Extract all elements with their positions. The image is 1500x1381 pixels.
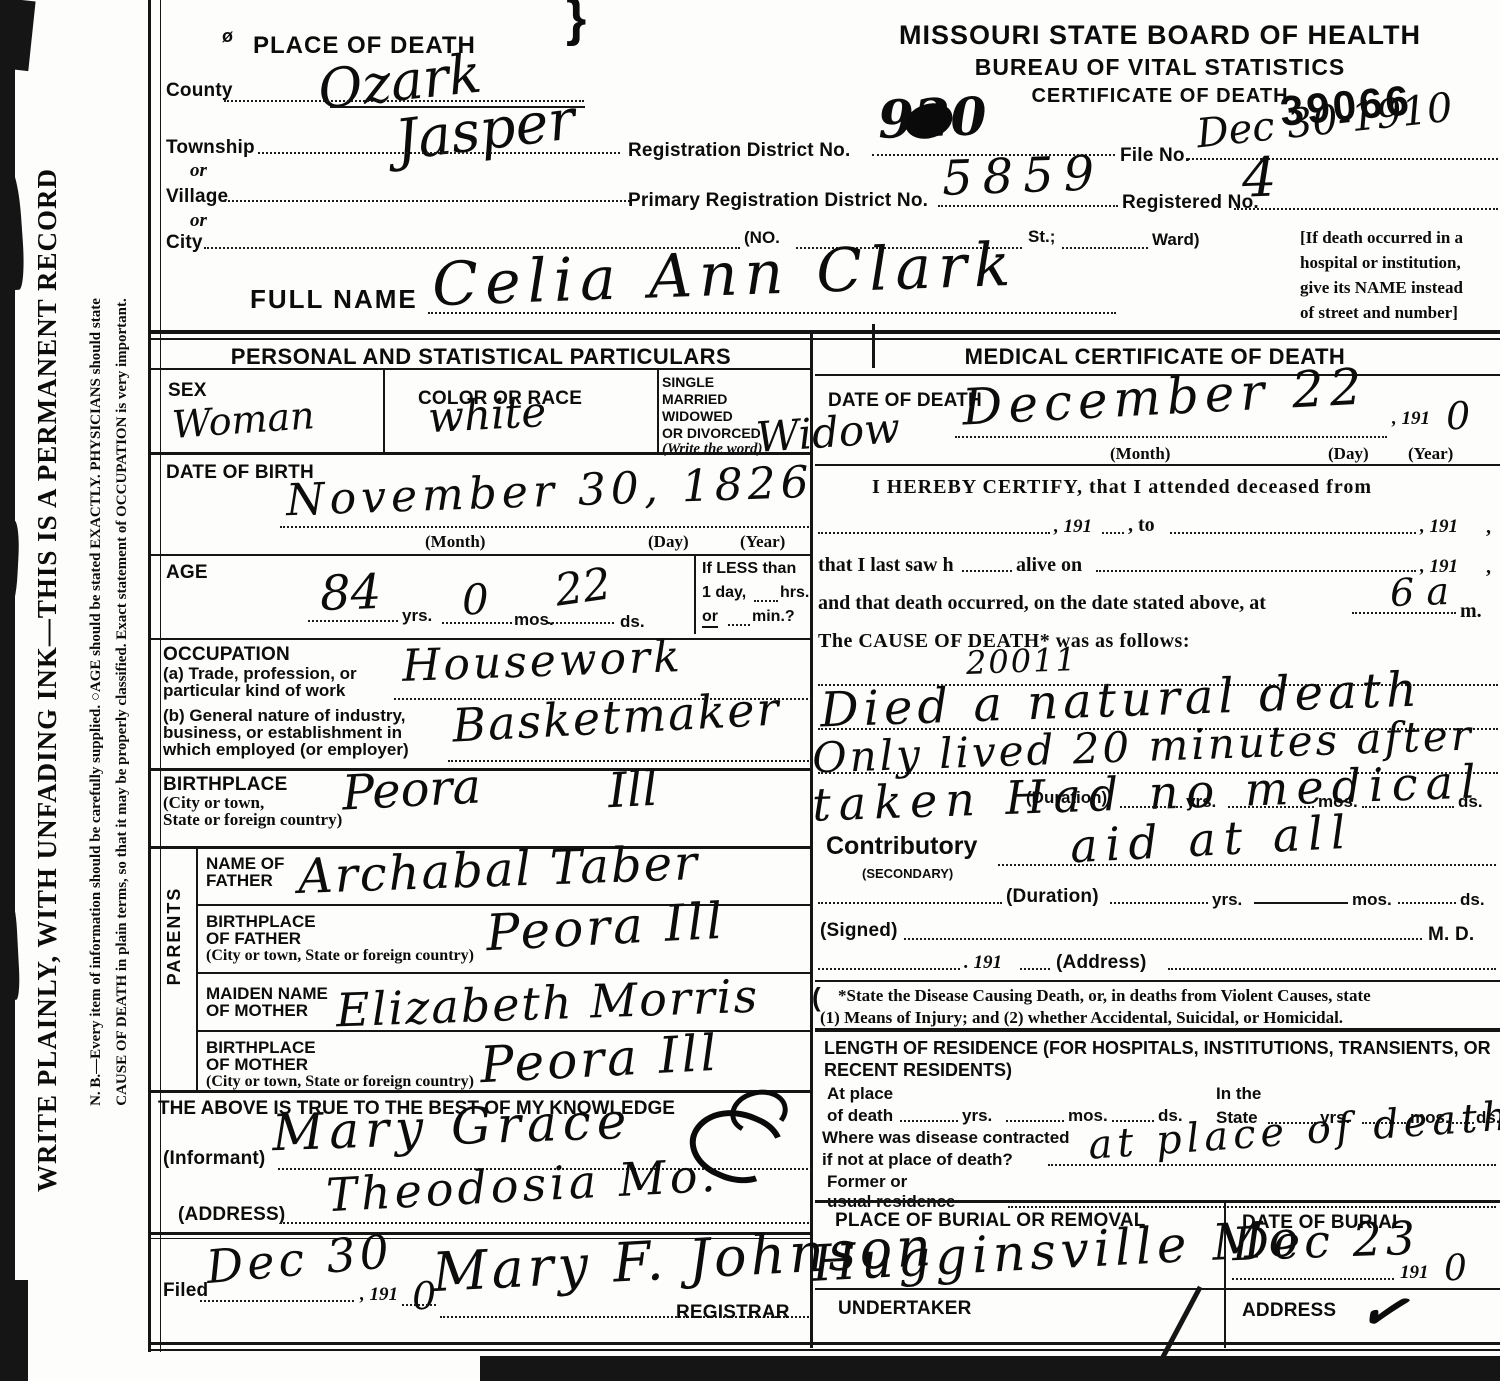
parents-vertical-label: PARENTS <box>164 850 185 1022</box>
age-years-line <box>308 620 398 622</box>
certify-saw-label: that I last saw h <box>818 554 954 577</box>
sidebar-nb-note-line1: N. B.—Every item of information should b… <box>88 52 105 1352</box>
age-years-value: 84 <box>319 564 382 622</box>
dod-day-label: (Day) <box>1328 444 1369 464</box>
signed-191-label: . 191 <box>964 952 1002 974</box>
occupation-row-rule <box>150 768 812 771</box>
duration2-blank-0 <box>818 902 1002 904</box>
sidebar-nb-note-line2: CAUSE OF DEATH in plain terms, so that i… <box>114 52 131 1352</box>
death-time-value: 6 a <box>1389 569 1449 615</box>
registered-no-label: Registered No. <box>1122 192 1259 214</box>
mother-bp-value: Peora Ill <box>479 1024 721 1094</box>
sex-color-cell-divider <box>383 370 385 452</box>
signed-address-label: (Address) <box>1056 952 1146 974</box>
filed-year-printed: , 191 <box>360 1284 398 1306</box>
certify-191a: , 191 <box>1054 516 1092 538</box>
certify-blank-1 <box>818 532 1050 534</box>
hospital-note-line1: [If death occurred in a <box>1300 228 1463 248</box>
at-place-label1: At place <box>827 1084 893 1104</box>
marital-option-married: MARRIED <box>662 391 727 407</box>
certify-time-blank <box>1352 612 1456 614</box>
date-of-birth-line <box>280 526 812 528</box>
brace-mark: } <box>566 0 586 48</box>
township-label: Township <box>166 137 255 159</box>
informant-address-value: Theodosia Mo. <box>325 1148 721 1223</box>
registered-no-value: 4 <box>1241 145 1278 209</box>
duration2-blank-2 <box>1254 902 1348 904</box>
certify-to: , to <box>1128 514 1155 537</box>
dod-year-hand: 0 <box>1445 394 1471 439</box>
duration-yrs-2: yrs. <box>1212 890 1242 910</box>
undertaker-check-mark: ✓ <box>1354 1274 1414 1348</box>
occupation-a-line2: particular kind of work <box>163 681 345 701</box>
filed-label: Filed <box>163 1280 208 1302</box>
header-divider-thick <box>148 330 1500 334</box>
residence-heading-line1: LENGTH OF RESIDENCE (FOR HOSPITALS, INST… <box>824 1038 1491 1059</box>
md-label: M. D. <box>1428 924 1474 946</box>
form-left-border <box>148 0 151 1352</box>
o-slash-mark: ø <box>222 26 233 47</box>
footnote-line2: (1) Means of Injury; and (2) whether Acc… <box>820 1008 1343 1028</box>
st-line <box>1062 247 1148 249</box>
burial-date-value: Dec 23 <box>1231 1211 1420 1271</box>
form-left-border-inner <box>160 0 161 1352</box>
if-less-line2a: 1 day, <box>702 584 746 602</box>
marital-write-word-label: (Write the word) <box>662 441 763 458</box>
city-label: City <box>166 232 203 254</box>
age-mos-label: mos. <box>514 610 554 630</box>
registered-no-line <box>1234 208 1498 210</box>
if-less-line2b: hrs. <box>780 584 809 602</box>
certify-comma-2: , <box>1486 556 1491 579</box>
primary-registration-value: 5859 <box>941 145 1105 207</box>
county-label: County <box>166 80 233 102</box>
duration-label-2: (Duration) <box>1006 886 1099 908</box>
at-place-label2: of death <box>827 1106 893 1126</box>
primary-registration-line <box>938 205 1118 207</box>
sex-row-rule <box>150 452 812 455</box>
file-no-label: File No. <box>1120 145 1190 167</box>
certify-line1: I HEREBY CERTIFY, that I attended deceas… <box>872 476 1372 499</box>
filed-year-line <box>402 1304 436 1306</box>
village-line <box>224 200 630 202</box>
parents-cell-divider <box>196 848 198 1090</box>
birthplace-sub2: State or foreign country) <box>163 810 342 830</box>
sidebar-permanent-record-note: WRITE PLAINLY, WITH UNFADING INK—THIS IS… <box>32 25 63 1335</box>
village-label: Village <box>166 186 228 208</box>
duration-ds-1: ds. <box>1458 792 1483 812</box>
undertaker-label: UNDERTAKER <box>838 1298 972 1320</box>
or-label-1: or <box>190 160 207 182</box>
undertaker-address-label: ADDRESS <box>1242 1300 1336 1322</box>
age-months-value: 0 <box>461 575 489 625</box>
burial-year-hand: 0 <box>1443 1248 1467 1290</box>
parents-block-rule <box>150 1090 812 1093</box>
age-less-box-divider <box>694 556 696 634</box>
registration-district-label: Registration District No. <box>628 140 850 162</box>
age-yrs-label: yrs. <box>402 606 432 626</box>
informant-address-label: (ADDRESS) <box>178 1204 285 1226</box>
age-label: AGE <box>166 562 208 584</box>
scan-bottom-bar <box>480 1356 1500 1381</box>
at-place-yrs-blank <box>900 1120 958 1122</box>
birthplace-value-state: Ill <box>607 761 660 820</box>
in-state-label1: In the <box>1216 1084 1261 1104</box>
contributory-label: Contributory <box>826 832 977 861</box>
mother-row-rule <box>198 1030 812 1032</box>
medical-section-title: MEDICAL CERTIFICATE OF DEATH <box>815 344 1495 370</box>
color-race-value: white <box>427 387 548 442</box>
if-less-hrs-line <box>754 600 778 602</box>
personal-section-title: PERSONAL AND STATISTICAL PARTICULARS <box>150 344 812 370</box>
age-months-line <box>442 622 512 624</box>
mother-bp-label2: OF MOTHER <box>206 1055 308 1075</box>
hospital-note-line3: give its NAME instead <box>1300 278 1463 298</box>
certify-occurred-label: and that death occurred, on the date sta… <box>818 592 1266 615</box>
sex-value: Woman <box>171 393 316 447</box>
age-ds-label: ds. <box>620 612 645 632</box>
death-certificate-scan: WRITE PLAINLY, WITH UNFADING INK—THIS IS… <box>0 0 1500 1381</box>
informant-value: Mary Grace <box>271 1092 633 1163</box>
header-divider-thin <box>148 338 1500 340</box>
certify-blank-2 <box>1170 532 1416 534</box>
signed-191-blank <box>1020 968 1050 970</box>
duration-mos-2: mos. <box>1352 890 1392 910</box>
footnote-bottom-rule <box>815 1028 1500 1032</box>
dob-day-label: (Day) <box>648 532 689 552</box>
if-less-line1: If LESS than <box>702 560 796 578</box>
certify-blank-1b <box>1102 532 1124 534</box>
marital-option-single: SINGLE <box>662 374 714 390</box>
file-no-line <box>1188 158 1498 160</box>
dob-year-label: (Year) <box>740 532 785 552</box>
signed-date-blank <box>818 968 960 970</box>
township-line <box>258 152 620 154</box>
certify-m-label: m. <box>1460 600 1482 623</box>
if-less-line3b: min.? <box>752 608 795 626</box>
burial-top-rule <box>815 1200 1500 1203</box>
marital-option-widowed: WIDOWED <box>662 408 733 424</box>
hospital-note-line2: hospital or institution, <box>1300 253 1461 273</box>
marital-option-divorced: OR DIVORCED <box>662 425 761 441</box>
signed-label: (Signed) <box>820 920 898 942</box>
ward-label: Ward) <box>1152 230 1200 250</box>
certify-191b: , 191 <box>1420 516 1458 538</box>
color-marital-cell-divider <box>657 370 659 452</box>
mother-bp-label3: (City or town, State or foreign country) <box>206 1073 474 1091</box>
dod-row-rule <box>815 464 1500 466</box>
dob-row-rule <box>150 554 812 556</box>
father-bp-label3: (City or town, State or foreign country) <box>206 947 474 965</box>
sex-label: SEX <box>168 380 207 402</box>
contributory-line <box>998 864 1496 866</box>
scan-left-blob-5 <box>0 1280 28 1381</box>
father-bp-label2: OF FATHER <box>206 929 301 949</box>
age-days-value: 22 <box>552 558 615 616</box>
date-of-birth-value: November 30, 1826 <box>285 457 814 526</box>
secondary-label: (SECONDARY) <box>862 866 953 881</box>
or-label-2: or <box>190 210 207 232</box>
duration-yrs-1: yrs. <box>1186 792 1216 812</box>
duration2-blank-3 <box>1398 902 1456 904</box>
hospital-note-line4: of street and number] <box>1300 303 1458 323</box>
signed-address-line <box>1168 968 1496 970</box>
informant-address-line <box>280 1222 812 1224</box>
mother-name-label2: OF MOTHER <box>206 1001 308 1021</box>
dob-month-label: (Month) <box>425 532 485 552</box>
occupation-b-value: Basketmaker <box>451 681 782 752</box>
occupation-b-line3: which employed (or employer) <box>163 740 409 760</box>
duration-label-1: (Duration) <box>1026 788 1107 808</box>
age-days-line <box>548 622 614 624</box>
filed-date-line <box>200 1300 354 1302</box>
residence-heading-line2: RECENT RESIDENTS) <box>824 1060 1012 1081</box>
signed-line <box>904 938 1422 940</box>
full-name-line <box>428 312 1116 314</box>
where-contracted-label1: Where was disease contracted <box>822 1128 1070 1148</box>
bottom-rule-a <box>150 1342 1500 1345</box>
former-residence-line <box>1008 1206 1496 1208</box>
registrar-label: REGISTRAR <box>676 1302 790 1324</box>
footnote-top-rule <box>815 980 1500 982</box>
date-of-death-line <box>955 436 1387 438</box>
at-place-mos-blank <box>1006 1120 1064 1122</box>
footnote-line1: *State the Disease Causing Death, or, in… <box>838 986 1371 1006</box>
certify-comma-1: , <box>1486 516 1491 539</box>
at-place-yrs: yrs. <box>962 1106 992 1126</box>
date-of-death-label: DATE OF DEATH <box>828 390 982 412</box>
if-less-min-line <box>728 624 750 626</box>
where-contracted-value: at place of death <box>1087 1093 1500 1169</box>
full-name-value: Celia Ann Clark <box>431 230 1018 320</box>
father-bp-value: Peora Ill <box>485 892 727 962</box>
certify-saw-blank-2 <box>1096 570 1416 572</box>
father-name-label2: FATHER <box>206 871 273 891</box>
dod-year-printed: , 191 <box>1392 408 1430 430</box>
primary-registration-label: Primary Registration District No. <box>628 190 928 212</box>
dod-month-label: (Month) <box>1110 444 1170 464</box>
duration2-blank-1 <box>1110 902 1208 904</box>
duration-ds-2: ds. <box>1460 890 1485 910</box>
informant-label: (Informant) <box>163 1148 265 1170</box>
dod-year-label: (Year) <box>1408 444 1453 464</box>
if-less-line3a: or <box>702 608 718 628</box>
st-label: St.; <box>1028 227 1055 247</box>
birthplace-value-city: Peora <box>341 758 483 821</box>
occupation-a-value: Housework <box>401 631 683 692</box>
certify-alive-on: alive on <box>1016 554 1082 577</box>
where-contracted-label2: if not at place of death? <box>822 1150 1013 1170</box>
full-name-label: FULL NAME <box>250 284 418 315</box>
personal-title-rule <box>150 368 812 370</box>
board-heading: MISSOURI STATE BOARD OF HEALTH <box>830 20 1490 51</box>
occupation-label: OCCUPATION <box>163 644 290 666</box>
duration-blank-yrs <box>1120 806 1182 808</box>
duration-blank-ds <box>1362 806 1454 808</box>
certify-saw-blank-1 <box>962 570 1012 572</box>
former-residence-label1: Former or <box>827 1172 907 1192</box>
bottom-rule-b <box>150 1349 1500 1351</box>
